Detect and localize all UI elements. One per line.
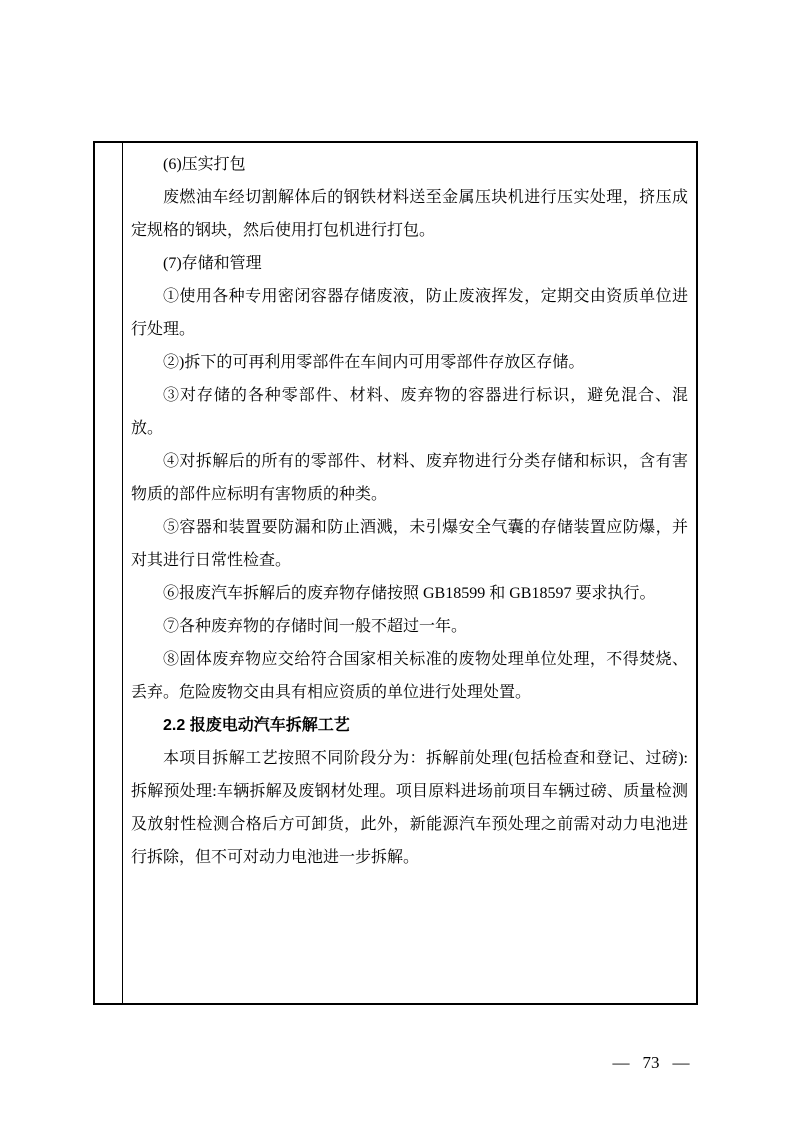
paragraph-dismantling-process: 本项目拆解工艺按照不同阶段分为：拆解前处理(包括检查和登记、过磅):拆解预处理:… bbox=[131, 742, 688, 874]
section-heading: 2.2 报废电动汽车拆解工艺 bbox=[131, 709, 688, 742]
page-footer: — 73 — bbox=[606, 1050, 696, 1076]
paragraph-item-8: ⑧固体废弃物应交给符合国家相关标准的废物处理单位处理，不得焚烧、丢弃。危险废物交… bbox=[131, 643, 688, 709]
paragraph-item-3: ③对存储的各种零部件、材料、废弃物的容器进行标识，避免混合、混放。 bbox=[131, 379, 688, 445]
table-stub-column bbox=[95, 143, 123, 1003]
paragraph-item-2: ②)拆下的可再利用零部件在车间内可用零部件存放区存储。 bbox=[131, 346, 688, 379]
paragraph-item-6: ⑥报废汽车拆解后的废弃物存储按照 GB18599 和 GB18597 要求执行。 bbox=[131, 577, 688, 610]
page-number: 73 bbox=[643, 1050, 660, 1076]
footer-left-dash: — bbox=[613, 1050, 630, 1076]
paragraph-item-5: ⑤容器和装置要防漏和防止酒溅，未引爆安全气囊的存储装置应防爆，并对其进行日常性检… bbox=[131, 511, 688, 577]
paragraph-item-7: ⑦各种废弃物的存储时间一般不超过一年。 bbox=[131, 610, 688, 643]
paragraph-compact-packing-title: (6)压实打包 bbox=[131, 148, 688, 181]
document-page: (6)压实打包 废燃油车经切割解体后的钢铁材料送至金属压块机进行压实处理，挤压成… bbox=[0, 0, 793, 1122]
paragraph-item-4: ④对拆解后的所有的零部件、材料、废弃物进行分类存储和标识，含有害物质的部件应标明… bbox=[131, 445, 688, 511]
table-content-column: (6)压实打包 废燃油车经切割解体后的钢铁材料送至金属压块机进行压实处理，挤压成… bbox=[123, 143, 696, 1003]
report-table: (6)压实打包 废燃油车经切割解体后的钢铁材料送至金属压块机进行压实处理，挤压成… bbox=[93, 141, 698, 1005]
paragraph-item-1: ①使用各种专用密闭容器存储废液，防止废液挥发，定期交由资质单位进行处理。 bbox=[131, 280, 688, 346]
footer-right-dash: — bbox=[673, 1050, 690, 1076]
paragraph-compact-packing-body: 废燃油车经切割解体后的钢铁材料送至金属压块机进行压实处理，挤压成定规格的钢块，然… bbox=[131, 181, 688, 247]
paragraph-storage-management-title: (7)存储和管理 bbox=[131, 247, 688, 280]
